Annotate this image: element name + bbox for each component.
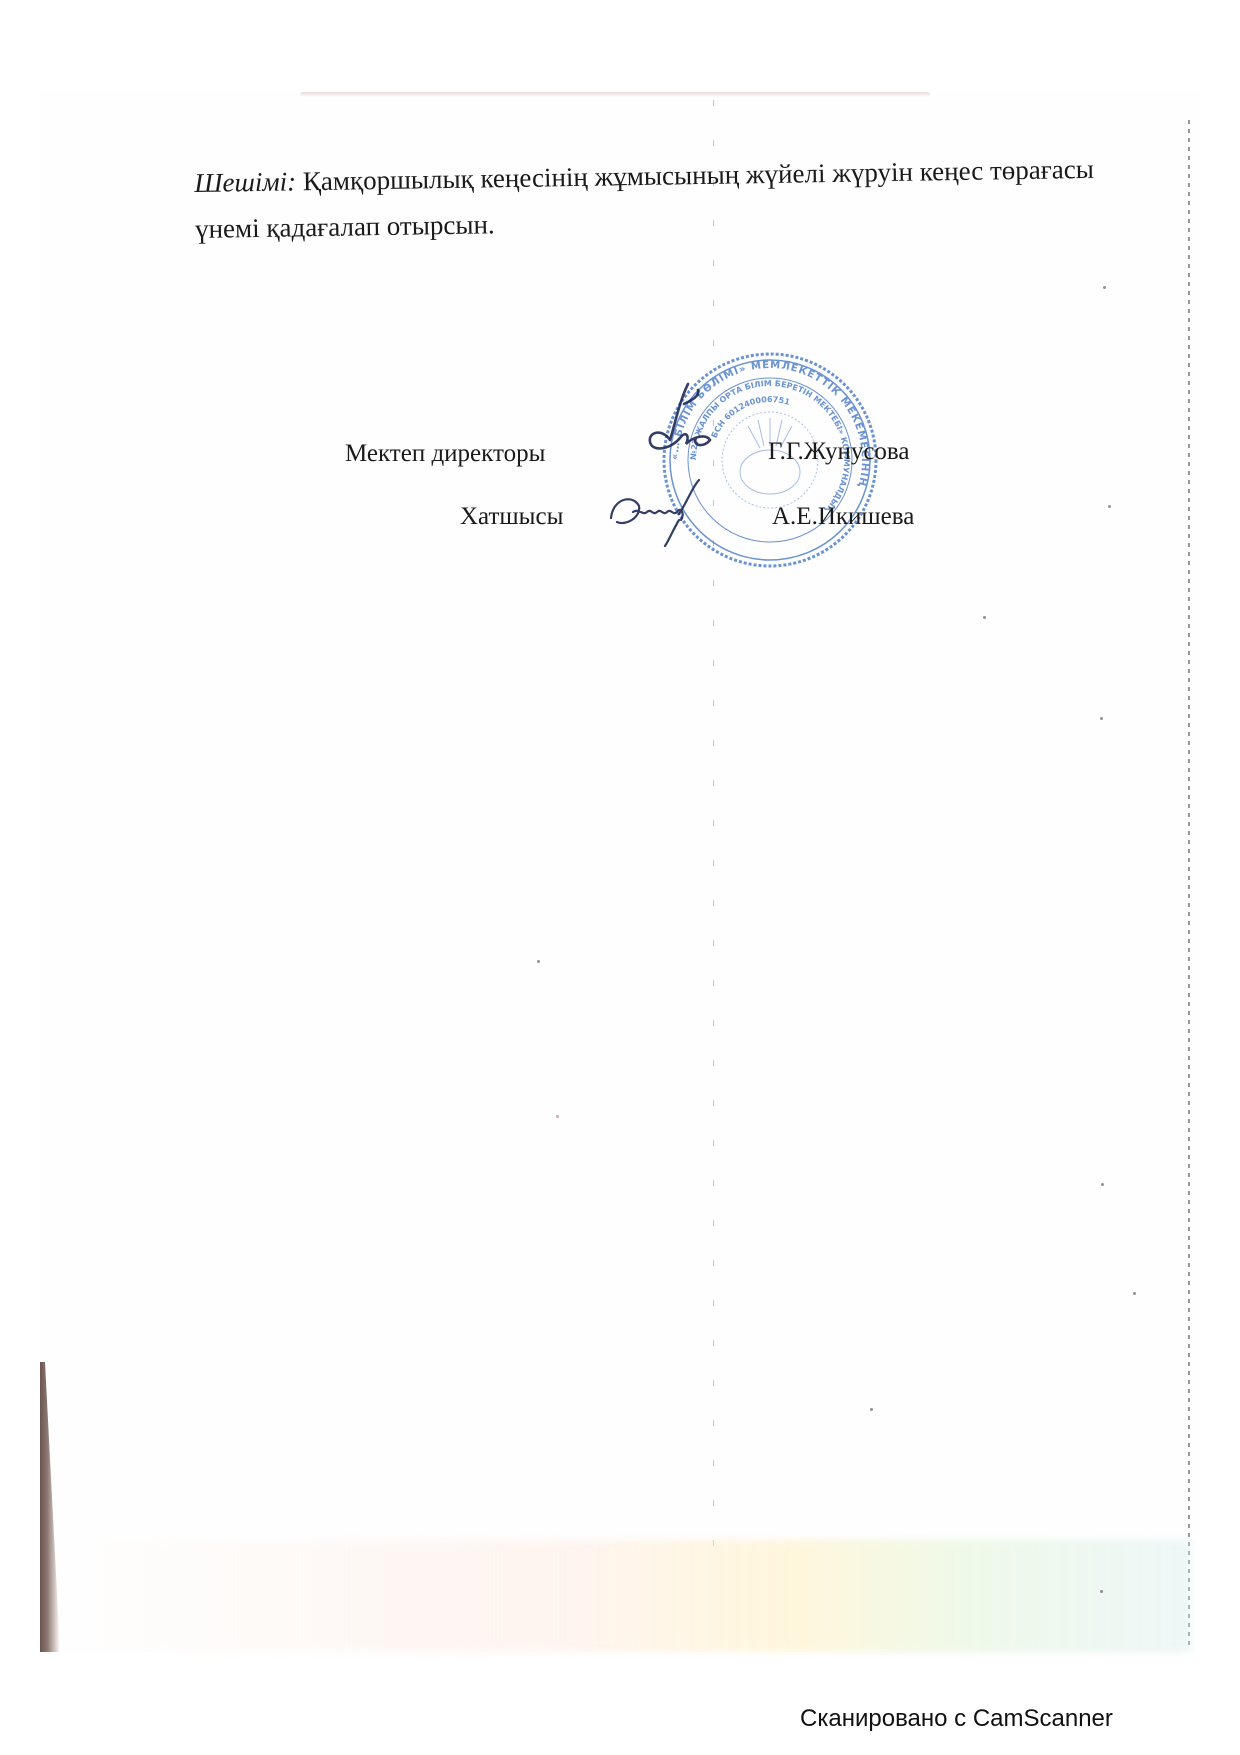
decision-label: Шешімі: [194,166,296,198]
decision-paragraph: Шешімі: Қамқоршылық кеңесінің жұмысының … [194,145,1155,252]
signatory-name-director: Г.Г.Жунусова [768,438,910,466]
scan-page-edge-right [1188,120,1190,1650]
scan-speck [1133,1292,1136,1295]
signatory-title-secretary: Хатшысы [460,503,563,531]
scan-speck [1101,1183,1104,1186]
secretary-signature [603,478,713,548]
scan-color-tint [60,1540,1190,1652]
signatory-title-director: Мектеп директоры [345,440,545,468]
scan-shadow-top [300,92,930,97]
scan-speck [537,960,540,963]
page-fold-line [713,100,714,1560]
scanned-page [40,92,1202,1652]
scan-speck [1108,505,1111,508]
scan-speck [556,1115,559,1118]
director-signature [640,380,730,460]
decision-text: Қамқоршылық кеңесінің жұмысының жүйелі ж… [195,154,1094,244]
camscanner-watermark: Сканировано с CamScanner [800,1705,1113,1733]
scan-speck [983,616,986,619]
scan-speck [1103,286,1106,289]
scan-speck [1100,717,1103,720]
scan-speck [1100,1590,1103,1593]
scan-speck [870,1408,873,1411]
signatory-name-secretary: А.Е.Икишева [772,503,914,531]
